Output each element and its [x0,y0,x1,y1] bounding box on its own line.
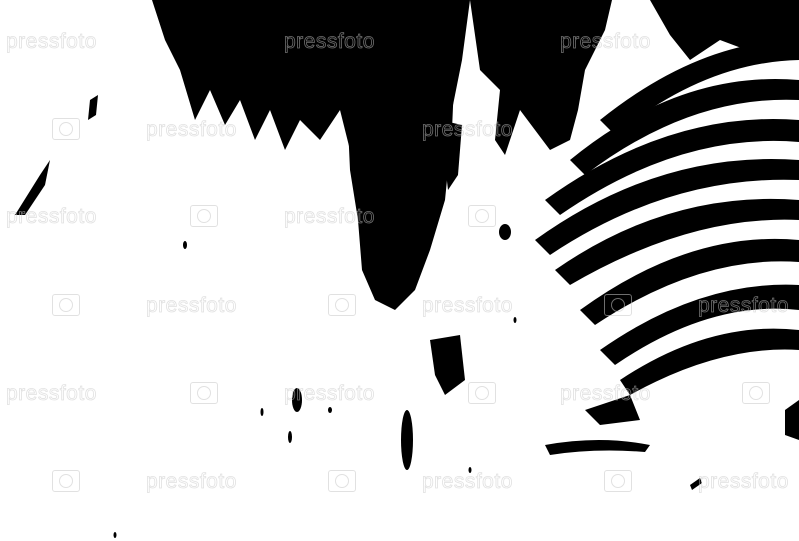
watermark-text: pressfoto [6,30,97,54]
watermark-text: pressfoto [560,30,651,54]
brush-texture-image: pressfoto pressfoto pressfoto pressfoto … [0,0,799,541]
watermark-text: pressfoto [422,294,513,318]
camera-logo-icon [468,382,496,404]
camera-logo-icon [604,470,632,492]
camera-logo-icon [190,382,218,404]
watermark-text: pressfoto [422,118,513,142]
watermark-text: pressfoto [284,30,375,54]
camera-logo-icon [52,118,80,140]
camera-logo-icon [52,470,80,492]
watermark-text: pressfoto [6,205,97,229]
watermark-text: pressfoto [560,382,651,406]
watermark-text: pressfoto [284,205,375,229]
watermark-text: pressfoto [146,118,237,142]
watermark-text: pressfoto [6,382,97,406]
camera-logo-icon [190,205,218,227]
camera-logo-icon [328,470,356,492]
watermark-text: pressfoto [146,294,237,318]
camera-logo-icon [328,294,356,316]
ink-texture-artwork [0,0,799,541]
watermark-text: pressfoto [698,294,789,318]
camera-logo-icon [604,294,632,316]
camera-logo-icon [468,205,496,227]
watermark-text: pressfoto [284,382,375,406]
watermark-text: pressfoto [698,470,789,494]
camera-logo-icon [742,382,770,404]
camera-logo-icon [52,294,80,316]
watermark-text: pressfoto [146,470,237,494]
watermark-text: pressfoto [422,470,513,494]
